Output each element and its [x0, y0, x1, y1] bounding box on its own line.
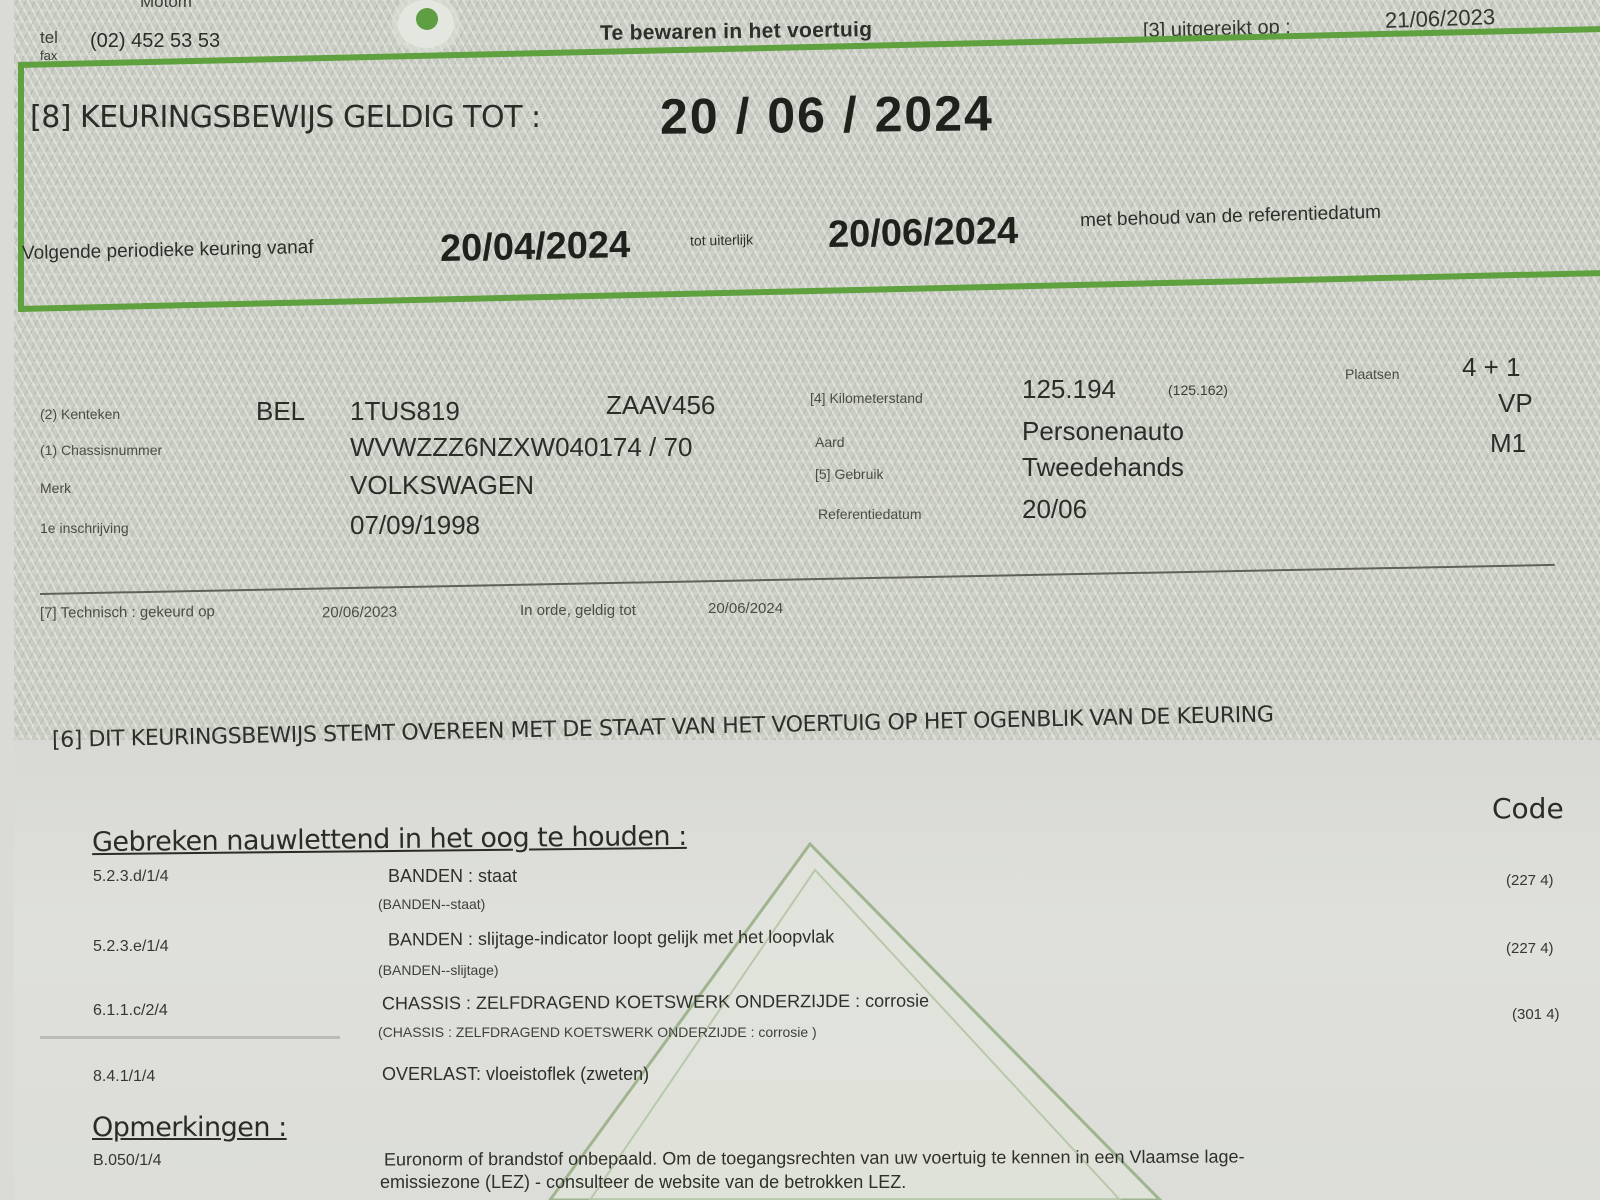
technical-checked-label: [7] Technisch : gekeurd op — [40, 603, 215, 622]
defect-code: (227 4) — [1506, 940, 1554, 957]
odometer-label: [4] Kilometerstand — [810, 390, 923, 406]
first-registration-date: 07/09/1998 — [350, 510, 480, 541]
defect-ref: 5.2.3.e/1/4 — [93, 938, 169, 956]
technical-valid-label: In orde, geldig tot — [520, 602, 636, 619]
defect-ref: 8.4.1/1/4 — [93, 1068, 155, 1086]
use-label: [5] Gebruik — [815, 466, 883, 482]
technical-valid-date: 20/06/2024 — [708, 600, 783, 617]
remark-text-line-2: emissiezone (LEZ) - consulteer de websit… — [380, 1172, 906, 1193]
defects-title: Gebreken nauwlettend in het oog te houde… — [92, 821, 687, 858]
validity-date: 20 / 06 / 2024 — [660, 84, 994, 145]
kind-value: Personenauto — [1022, 416, 1184, 447]
vehicle-category-1: VP — [1498, 388, 1533, 419]
defect-detail: (BANDEN--staat) — [378, 896, 485, 912]
inspection-logo-icon — [398, 0, 454, 48]
defect-description: OVERLAST: vloeistoflek (zweten) — [382, 1064, 649, 1085]
use-value: Tweedehands — [1022, 452, 1184, 483]
phone-number: (02) 452 53 53 — [90, 30, 220, 53]
plate-secondary: ZAAV456 — [606, 390, 715, 421]
code-column-header: Code — [1492, 792, 1564, 825]
validity-frame — [18, 26, 1600, 312]
make-label: Merk — [40, 480, 71, 496]
phone-label: tel — [40, 28, 58, 48]
defect-detail: (BANDEN--slijtage) — [378, 962, 499, 978]
watermark-triangle-icon — [540, 840, 1180, 1200]
defect-code: (301 4) — [1512, 1006, 1560, 1023]
defect-description: BANDEN : slijtage-indicator loopt gelijk… — [388, 926, 834, 950]
next-inspection-middle: tot uiterlijk — [690, 231, 753, 248]
issuer-name: Motom — [140, 0, 192, 12]
plate-country: BEL — [256, 396, 305, 427]
defect-description: CHASSIS : ZELFDRAGEND KOETSWERK ONDERZIJ… — [382, 991, 929, 1015]
page-edge — [0, 0, 14, 1200]
next-inspection-from-date: 20/04/2024 — [440, 224, 631, 271]
remark-text-line-1: Euronorm of brandstof onbepaald. Om de t… — [384, 1146, 1245, 1170]
defect-code: (227 4) — [1506, 872, 1554, 889]
defect-description: BANDEN : staat — [388, 866, 517, 887]
plate-number: 1TUS819 — [350, 396, 460, 427]
chassis-number: WVWZZZ6NZXW040174 / 70 — [350, 432, 692, 463]
remark-ref: B.050/1/4 — [93, 1152, 162, 1170]
seats-value: 4 + 1 — [1462, 352, 1521, 383]
defect-ref: 6.1.1.c/2/4 — [93, 1002, 168, 1020]
first-registration-label: 1e inschrijving — [40, 520, 129, 536]
chassis-label: (1) Chassisnummer — [40, 442, 162, 458]
make-value: VOLKSWAGEN — [350, 470, 534, 501]
defect-ref: 5.2.3.d/1/4 — [93, 868, 169, 886]
reference-date-label: Referentiedatum — [818, 506, 922, 522]
remarks-title: Opmerkingen : — [92, 1112, 287, 1143]
odometer-previous: (125.162) — [1168, 382, 1228, 398]
technical-checked-date: 20/06/2023 — [322, 604, 397, 622]
next-inspection-until-date: 20/06/2024 — [828, 210, 1019, 257]
kind-label: Aard — [815, 434, 845, 450]
vehicle-category-2: M1 — [1490, 428, 1526, 459]
plate-label: (2) Kenteken — [40, 406, 120, 422]
seats-label: Plaatsen — [1345, 366, 1399, 382]
reference-date-value: 20/06 — [1022, 494, 1087, 525]
defect-detail: (CHASSIS : ZELFDRAGEND KOETSWERK ONDERZI… — [378, 1024, 817, 1040]
validity-label: [8] KEURINGSBEWIJS GELDIG TOT : — [30, 100, 541, 135]
fold-line — [40, 1036, 340, 1039]
odometer-value: 125.194 — [1022, 374, 1116, 405]
keep-in-vehicle-note: Te bewaren in het voertuig — [600, 18, 873, 46]
